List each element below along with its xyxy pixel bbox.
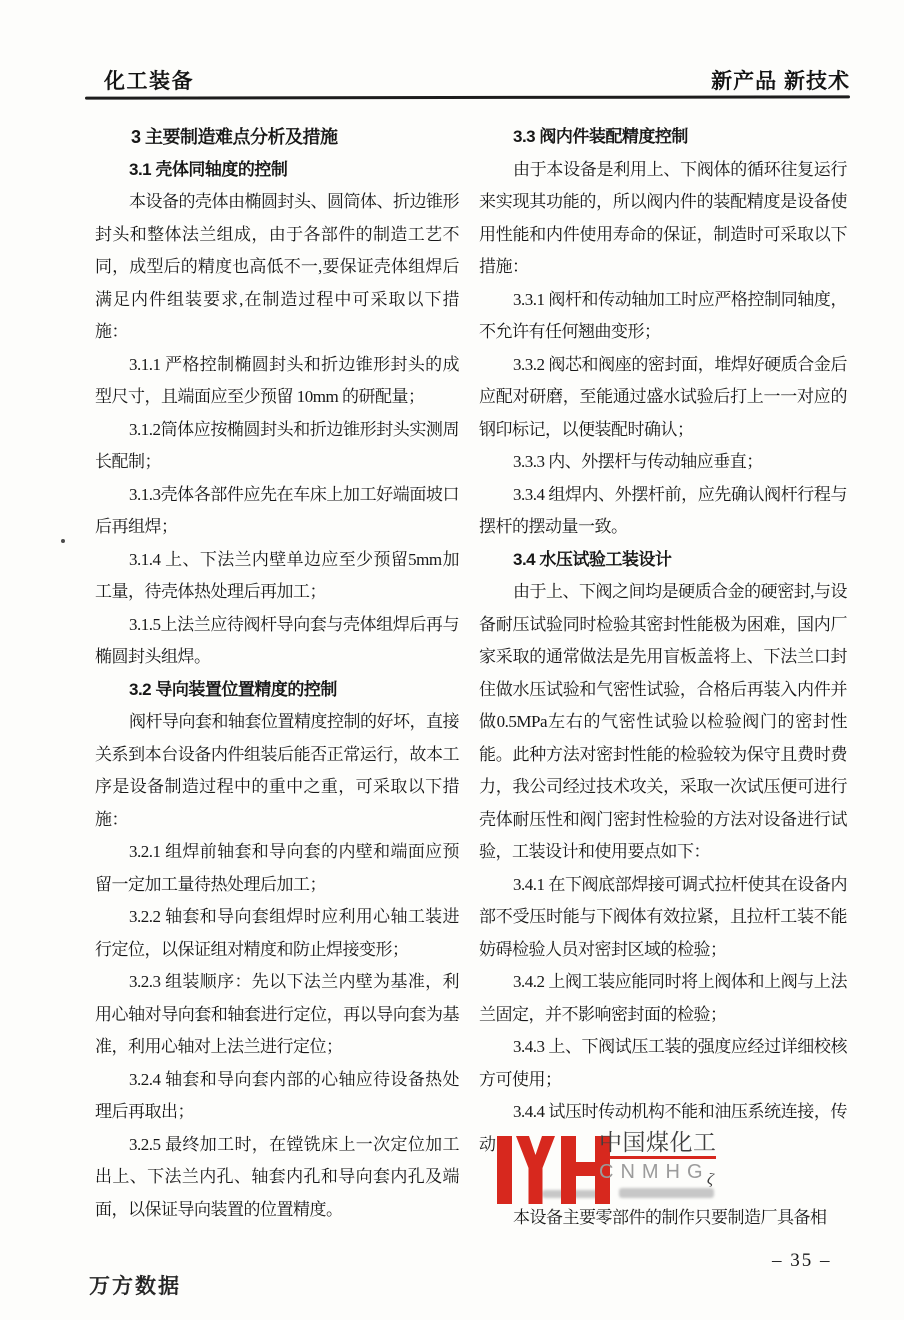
subsection-heading: 3.4 水压试验工装设计 — [479, 544, 847, 577]
obscured-text-remnant — [619, 1188, 714, 1198]
header-rule — [85, 95, 850, 99]
body-paragraph: 3.2.5 最终加工时，在镗铣床上一次定位加工出上、下法兰内孔、轴套内孔和导向套… — [95, 1129, 459, 1227]
body-paragraph: 3.4.3 上、下阀试压工装的强度应经过详细校核方可使用； — [479, 1031, 847, 1096]
body-paragraph: 3.1.4 上、下法兰内壁单边应至少预留5mm加工量，待壳体热处理后再加工； — [95, 544, 459, 609]
body-paragraph: 3.4.2 上阀工装应能同时将上阀体和上阀与上法兰固定，并不影响密封面的检验； — [479, 966, 847, 1031]
left-text-column: 3 主要制造难点分析及措施 3.1 壳体同轴度的控制 本设备的壳体由椭圆封头、圆… — [95, 121, 459, 1226]
body-paragraph: 阀杆导向套和轴套位置精度控制的好坏，直接关系到本台设备内件组装后能否正常运行，故… — [95, 706, 459, 836]
body-paragraph: 3.1.2筒体应按椭圆封头和折边锥形封头实测周长配制； — [95, 414, 459, 479]
logo-underline — [599, 1156, 716, 1159]
body-paragraph: 本设备的壳体由椭圆封头、圆筒体、折边锥形封头和整体法兰组成，由于各部件的制造工艺… — [95, 186, 459, 349]
body-paragraph: 3.3.2 阀芯和阀座的密封面，堆焊好硬质合金后应配对研磨，至能通过盛水试验后打… — [479, 349, 847, 447]
body-paragraph: 3.3.4 组焊内、外摆杆前，应先确认阀杆行程与摆杆的摆动量一致。 — [479, 479, 847, 544]
body-paragraph: 3.2.3 组装顺序：先以下法兰内壁为基准，利用心轴对导向套和轴套进行定位，再以… — [95, 966, 459, 1064]
coal-chem-name-en: CNMHG — [599, 1161, 749, 1183]
body-paragraph: 由于上、下阀之间均是硬质合金的硬密封,与设备耐压试验同时检验其密封性能极为困难，… — [479, 576, 847, 869]
page-number: – 35 – — [772, 1250, 832, 1272]
subsection-heading: 3.3 阀内件装配精度控制 — [479, 121, 847, 154]
body-paragraph: 由于本设备是利用上、下阀体的循环往复运行来实现其功能的，所以阀内件的装配精度是设… — [479, 154, 847, 284]
wanfang-data-watermark: 万方数据 — [89, 1270, 181, 1300]
body-paragraph: 3.4.1 在下阀底部焊接可调式拉杆使其在设备内部不受压时能与下阀体有效拉紧，且… — [479, 869, 847, 967]
journal-name: 化工装备 — [104, 65, 194, 95]
column-section-name: 新产品 新技术 — [711, 65, 850, 95]
coal-chem-logo-text: 中国煤化工 CNMHG — [599, 1129, 749, 1183]
coal-chem-watermark: 中国煤化工 CNMHG ζ — [497, 1127, 749, 1207]
body-paragraph: 3.1.5上法兰应待阀杆导向套与壳体组焊后再与椭圆封头组焊。 — [95, 609, 459, 674]
body-paragraph: 3.1.1 严格控制椭圆封头和折边锥形封头的成型尺寸，且端面应至少预留 10mm… — [95, 349, 459, 414]
subsection-heading: 3.2 导向装置位置精度的控制 — [95, 674, 459, 707]
body-paragraph: 3.3.3 内、外摆杆与传动轴应垂直； — [479, 446, 847, 479]
right-text-column: 3.3 阀内件装配精度控制 由于本设备是利用上、下阀体的循环往复运行来实现其功能… — [479, 121, 847, 1235]
body-paragraph: 3.2.4 轴套和导向套内部的心轴应待设备热处理后再取出； — [95, 1064, 459, 1129]
section-heading: 3 主要制造难点分析及措施 — [95, 121, 459, 154]
body-paragraph: 3.1.3壳体各部件应先在车床上加工好端面坡口后再组焊； — [95, 479, 459, 544]
scan-dot-artifact — [61, 539, 65, 543]
body-paragraph: 3.2.2 轴套和导向套组焊时应利用心轴工装进行定位，以保证组对精度和防止焊接变… — [95, 901, 459, 966]
coal-chem-monogram-icon — [497, 1131, 610, 1205]
body-paragraph: 3.3.1 阀杆和传动轴加工时应严格控制同轴度，不允许有任何翘曲变形； — [479, 284, 847, 349]
coal-chem-name-cn: 中国煤化工 — [599, 1129, 749, 1155]
body-paragraph: 3.2.1 组焊前轴套和导向套的内壁和端面应预留一定加工量待热处理后加工； — [95, 836, 459, 901]
subsection-heading: 3.1 壳体同轴度的控制 — [95, 154, 459, 187]
